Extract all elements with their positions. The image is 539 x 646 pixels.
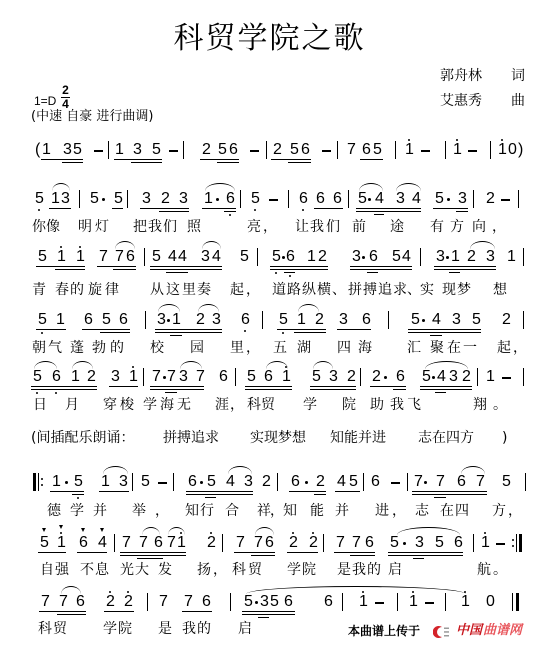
- note-digit: 3: [119, 474, 128, 490]
- lyric-char: 学: [143, 397, 157, 413]
- barline: [235, 368, 236, 386]
- lyric-char: 灯: [95, 219, 109, 235]
- note: 7: [122, 535, 131, 551]
- note-digit: 5: [90, 191, 99, 207]
- interlude-phrase: 实现梦想: [250, 430, 306, 446]
- duration-underline: [242, 611, 295, 612]
- note-digit: 6: [241, 312, 250, 328]
- note: 3: [157, 312, 166, 328]
- note: 5: [218, 142, 227, 158]
- duration-underline: [50, 491, 84, 492]
- note: 3: [436, 249, 445, 265]
- note: 6: [84, 312, 93, 328]
- note: 2: [316, 474, 325, 490]
- octave-dot-above: [210, 532, 212, 534]
- note-digit: 6: [154, 535, 163, 551]
- note: 3: [244, 474, 253, 490]
- augmentation-dot: [167, 319, 170, 322]
- lyric-char: 我: [182, 621, 196, 637]
- duration-underline: [120, 552, 186, 553]
- lyric-char: 们: [163, 219, 177, 235]
- note-digit: 4: [168, 249, 177, 265]
- lyric-char: 前: [352, 219, 366, 235]
- notation-row-2: 513553231656665434532: [0, 191, 539, 211]
- note: 2: [502, 312, 511, 328]
- lyric-char: 追: [378, 282, 392, 298]
- note: 5: [247, 369, 256, 385]
- note-digit: 2: [273, 142, 282, 158]
- duration-underline: [360, 159, 383, 160]
- song-title: 科贸学院之歌: [0, 21, 539, 57]
- barline: [420, 248, 421, 266]
- lyric-char: ，: [492, 219, 506, 235]
- note-digit: 2: [161, 191, 170, 207]
- duration-underline: [41, 159, 83, 160]
- note-digit: 5: [472, 312, 481, 328]
- note-digit: 2: [372, 369, 381, 385]
- note: 1: [57, 535, 66, 551]
- lyricist-name: 郭舟林: [440, 68, 482, 84]
- augmentation-dot: [65, 481, 68, 484]
- augmentation-dot: [368, 198, 371, 201]
- lyric-char: 蓬: [70, 340, 84, 356]
- duration-underline: [36, 329, 66, 330]
- note-digit: 5: [358, 191, 367, 207]
- note: 5: [102, 312, 111, 328]
- lyric-char: 起: [497, 340, 511, 356]
- note: 1: [451, 249, 460, 265]
- interlude-phrase: 知能并进: [330, 430, 386, 446]
- note-digit: 1: [481, 535, 490, 551]
- note-digit: 5: [247, 369, 256, 385]
- note: 2: [196, 312, 205, 328]
- note: 2: [462, 369, 471, 385]
- note: 3: [212, 312, 221, 328]
- note: 3: [179, 191, 188, 207]
- note: 5: [152, 249, 161, 265]
- note-digit: 6: [76, 594, 85, 610]
- notation-row-8: 77622776535661110: [0, 594, 539, 614]
- note: 6: [301, 142, 310, 158]
- octave-dot-above: [79, 246, 81, 248]
- lyric-char: 贸: [248, 562, 262, 578]
- note-digit: 5: [435, 535, 444, 551]
- lyric-char: 发: [158, 562, 172, 578]
- note: 6: [188, 474, 197, 490]
- barline: [143, 368, 144, 386]
- note-digit: 2: [316, 474, 325, 490]
- duration-underline: [434, 497, 446, 498]
- note-digit: 1: [507, 249, 516, 265]
- lyric-char: 青: [32, 282, 46, 298]
- note-digit: 2: [315, 312, 324, 328]
- barline: [525, 473, 526, 491]
- note-digit: 3: [179, 369, 188, 385]
- note: 7: [476, 474, 485, 490]
- note-digit: 7: [236, 535, 245, 551]
- lyric-char: 行: [200, 503, 214, 519]
- duration-underline: [435, 392, 446, 393]
- note: 2: [124, 594, 133, 610]
- note: 2: [467, 249, 476, 265]
- note-digit: 6: [301, 142, 310, 158]
- barline-stroke: [38, 473, 39, 491]
- note: 3: [179, 369, 188, 385]
- note-digit: 7: [254, 535, 263, 551]
- lyric-char: 实: [420, 282, 434, 298]
- note-digit: 4: [375, 191, 384, 207]
- note: 1: [307, 249, 316, 265]
- sustain-dash: [468, 150, 477, 152]
- lyric-line-2: 青春的旋律从这里奏起，道路纵横、拼搏追求、实现梦想: [0, 282, 539, 302]
- barline: [147, 593, 148, 611]
- note: 3: [133, 142, 142, 158]
- duration-underline: [270, 266, 328, 267]
- note-digit: 5: [279, 312, 288, 328]
- note: 6: [333, 191, 342, 207]
- lyric-char: 校: [150, 340, 164, 356]
- note-digit: 6: [226, 191, 235, 207]
- octave-dot-below: [38, 209, 40, 211]
- note: 6: [229, 142, 238, 158]
- note-digit: 5: [349, 474, 358, 490]
- note: 7: [41, 594, 50, 610]
- duration-underline: [413, 558, 424, 559]
- note: 6: [365, 535, 374, 551]
- barline: [323, 534, 324, 552]
- composer-name: 艾惠秀: [440, 93, 482, 109]
- note: 2: [161, 191, 170, 207]
- octave-dot-above: [456, 139, 458, 141]
- note: 1: [359, 594, 368, 610]
- note-digit: 6: [229, 142, 238, 158]
- note: 6: [454, 535, 463, 551]
- note: 7: [352, 535, 361, 551]
- note: 3: [201, 249, 210, 265]
- note: 3: [352, 249, 361, 265]
- duration-underline: [205, 497, 216, 498]
- note: 1: [51, 191, 60, 207]
- lyric-char: 科: [38, 621, 52, 637]
- barline: [114, 534, 115, 552]
- note-digit: 7: [476, 474, 485, 490]
- lyric-char: 旋: [88, 282, 102, 298]
- lyric-char: 里: [182, 282, 196, 298]
- barline: [445, 141, 446, 159]
- note: 1: [461, 594, 470, 610]
- note: 5: [207, 474, 216, 490]
- lyric-char: 、: [407, 282, 421, 298]
- duration-underline: [310, 386, 356, 387]
- note: 2: [289, 535, 298, 551]
- lyric-char: 明: [78, 219, 92, 235]
- lyric-char: 聚: [430, 340, 444, 356]
- lyric-char: 梭: [120, 397, 134, 413]
- barline: [395, 141, 396, 159]
- note-digit: 6: [299, 191, 308, 207]
- note-digit: 6: [362, 312, 371, 328]
- note-digit: 5: [218, 142, 227, 158]
- augmentation-dot: [384, 376, 387, 379]
- duration-underline: [39, 611, 86, 612]
- note-digit: 1: [359, 594, 368, 610]
- lyric-char: 四: [455, 503, 469, 519]
- tempo-marking: (中速 自豪 进行曲调): [31, 109, 153, 124]
- note-digit: 3: [458, 191, 467, 207]
- note-digit: 5: [251, 191, 260, 207]
- barline-stroke: [33, 473, 36, 491]
- octave-dot-above: [60, 246, 62, 248]
- staccato-wedge: [42, 528, 46, 532]
- note-digit: 1: [453, 142, 462, 158]
- note-digit: 6: [291, 474, 300, 490]
- note-digit: 6: [202, 594, 211, 610]
- note-digit: 3: [415, 535, 424, 551]
- augmentation-dot: [446, 256, 449, 259]
- augmentation-dot: [200, 481, 203, 484]
- note-digit: 4: [337, 474, 346, 490]
- lyric-char: 我: [352, 562, 366, 578]
- barline: [257, 248, 258, 266]
- note-digit: 2: [262, 474, 271, 490]
- lyric-char: 方: [492, 503, 506, 519]
- lyric-char: 启: [238, 621, 252, 637]
- duration-underline: [166, 272, 188, 273]
- note: 7: [336, 535, 345, 551]
- barline: [388, 311, 389, 329]
- note-digit: 6: [333, 191, 342, 207]
- note-digit: 4: [412, 191, 421, 207]
- octave-dot-above: [285, 366, 287, 368]
- note: 4: [178, 249, 187, 265]
- note: 1: [481, 535, 490, 551]
- parenthesis: ): [518, 142, 523, 158]
- note-digit: 0: [486, 594, 495, 610]
- note-digit: 7: [184, 594, 193, 610]
- notation-row-3: 5117765443455612365431231: [0, 249, 539, 269]
- octave-dot-above: [109, 591, 111, 593]
- interlude-phrase: ): [502, 430, 507, 446]
- note: 2: [315, 312, 324, 328]
- lyric-char: 的: [367, 562, 381, 578]
- lyric-char: 有: [430, 219, 444, 235]
- duration-underline: [350, 269, 412, 270]
- barline: [518, 190, 519, 208]
- lyric-char: 让: [295, 219, 309, 235]
- note: 6: [362, 142, 371, 158]
- note-digit: 5: [114, 191, 123, 207]
- note: 6: [79, 535, 88, 551]
- time-signature-numerator: 2: [61, 84, 70, 96]
- note-digit: 1: [204, 191, 213, 207]
- duration-underline: [245, 389, 292, 390]
- lyric-char: 像: [46, 219, 60, 235]
- note-digit: 6: [79, 535, 88, 551]
- note-digit: 6: [286, 249, 295, 265]
- note: 6: [76, 594, 85, 610]
- repeat-dot: [512, 539, 514, 541]
- barline: [277, 473, 278, 491]
- interlude-phrase: 拼搏追求: [163, 430, 219, 446]
- note-digit: 2: [289, 535, 298, 551]
- note-digit: 1: [101, 474, 110, 490]
- lyric-line-1: 你像明灯把我们照亮，让我们前途有方向，: [0, 219, 539, 239]
- note: 4: [432, 312, 441, 328]
- barline: [445, 593, 446, 611]
- note-digit: 4: [432, 312, 441, 328]
- barline: [127, 190, 128, 208]
- lyric-char: 航: [477, 562, 491, 578]
- lyric-char: 并: [335, 503, 349, 519]
- slur-arc: [397, 527, 460, 535]
- lyric-char: 四: [337, 340, 351, 356]
- octave-dot-above: [132, 366, 134, 368]
- augmentation-dot: [216, 198, 219, 201]
- lyric-char: 穿: [103, 397, 117, 413]
- duration-underline: [258, 617, 269, 618]
- repeat-start-barline: [33, 473, 47, 491]
- duration-underline: [186, 494, 253, 495]
- note-digit: 6: [324, 594, 333, 610]
- lyric-char: 五: [273, 340, 287, 356]
- octave-dot-below: [254, 209, 256, 211]
- octave-dot-above: [408, 139, 410, 141]
- barline: [523, 248, 524, 266]
- interlude-recitation: (间插配乐朗诵：拼搏追求实现梦想知能并进志在四方): [0, 430, 539, 446]
- lyric-char: 、: [332, 282, 346, 298]
- duration-underline: [294, 332, 326, 333]
- note-digit: 3: [111, 369, 120, 385]
- note: 7: [347, 142, 356, 158]
- lyric-char: 进: [375, 503, 389, 519]
- note: 5: [373, 142, 382, 158]
- lyric-char: 无: [177, 397, 191, 413]
- note-digit: (: [35, 142, 40, 158]
- note-digit: 5: [74, 474, 83, 490]
- lyric-char: 光: [120, 562, 134, 578]
- note-digit: 1: [71, 369, 80, 385]
- final-barline: [512, 593, 526, 611]
- lyric-char: 知: [283, 503, 297, 519]
- note-digit: 4: [178, 249, 187, 265]
- barline-stroke: [519, 534, 522, 552]
- barline: [183, 141, 184, 159]
- watermark-site-a: 中国: [456, 624, 482, 638]
- note-digit: 1: [461, 594, 470, 610]
- lyric-char: 志: [415, 503, 429, 519]
- note: 5: [240, 249, 249, 265]
- note-digit: ): [518, 142, 523, 158]
- composer-role: 曲: [511, 93, 525, 109]
- barline: [360, 368, 361, 386]
- lyric-char: 们: [326, 219, 340, 235]
- note: 5: [279, 312, 288, 328]
- note-digit: 5: [290, 142, 299, 158]
- lyric-char: 起: [230, 282, 244, 298]
- note: 2: [309, 535, 318, 551]
- note-digit: 2: [502, 312, 511, 328]
- note-digit: 6: [362, 142, 371, 158]
- lyric-char: ，: [263, 219, 277, 235]
- note-digit: 5: [244, 594, 253, 610]
- note: 3: [63, 142, 72, 158]
- note: 5: [502, 474, 511, 490]
- sustain-dash: [496, 543, 505, 545]
- note: 1: [57, 249, 66, 265]
- duration-underline: [367, 272, 378, 273]
- sustain-dash: [391, 482, 400, 484]
- note-digit: 4: [98, 535, 107, 551]
- note-digit: 6: [457, 474, 466, 490]
- barline: [477, 368, 478, 386]
- barline: [288, 190, 289, 208]
- note-digit: 5: [152, 142, 161, 158]
- note: 4: [375, 191, 384, 207]
- duration-underline: [314, 494, 326, 495]
- note: 2: [273, 142, 282, 158]
- note: 1: [297, 312, 306, 328]
- note: 6: [126, 249, 135, 265]
- note-digit: 1: [405, 142, 414, 158]
- note: 5: [152, 142, 161, 158]
- barline-stroke: [512, 593, 513, 611]
- note-digit: 2: [467, 249, 476, 265]
- note: 4: [168, 249, 177, 265]
- note: 6: [316, 191, 325, 207]
- repeat-dot: [41, 478, 43, 480]
- note-digit: 2: [309, 535, 318, 551]
- note-digit: 5: [502, 474, 511, 490]
- augmentation-dot: [424, 481, 427, 484]
- duration-underline: [150, 389, 204, 390]
- barline: [79, 190, 80, 208]
- octave-dot-below: [289, 275, 291, 277]
- note: 5: [272, 249, 281, 265]
- lyric-char: 。: [493, 397, 507, 413]
- barline: [240, 190, 241, 208]
- barline: [173, 473, 174, 491]
- note: 6: [396, 369, 405, 385]
- octave-dot-above: [362, 591, 364, 593]
- duration-underline: [430, 335, 442, 336]
- note: 1: [52, 474, 61, 490]
- barline-stroke: [516, 534, 517, 552]
- sustain-dash: [421, 150, 430, 152]
- lyric-char: 的: [70, 282, 84, 298]
- note: 6: [291, 474, 300, 490]
- duration-underline: [251, 555, 275, 556]
- augmentation-dot: [163, 376, 166, 379]
- note-digit: 1: [57, 535, 66, 551]
- lyric-char: 在: [447, 340, 461, 356]
- note: 7: [167, 535, 176, 551]
- note-digit: 6: [264, 369, 273, 385]
- note-digit: 7: [152, 369, 161, 385]
- sustain-dash: [425, 602, 434, 604]
- duration-underline: [31, 386, 97, 387]
- note: 6: [154, 535, 163, 551]
- note: 5: [390, 535, 399, 551]
- duration-underline: [72, 494, 84, 495]
- notation-row-5: 561231773765615322654321: [0, 369, 539, 389]
- note: 3: [339, 312, 348, 328]
- duration-underline: [356, 211, 421, 212]
- note-digit: 5: [38, 312, 47, 328]
- duration-underline: [49, 208, 71, 209]
- duration-underline: [242, 614, 295, 615]
- lyric-char: 海: [160, 397, 174, 413]
- note: 3: [142, 191, 151, 207]
